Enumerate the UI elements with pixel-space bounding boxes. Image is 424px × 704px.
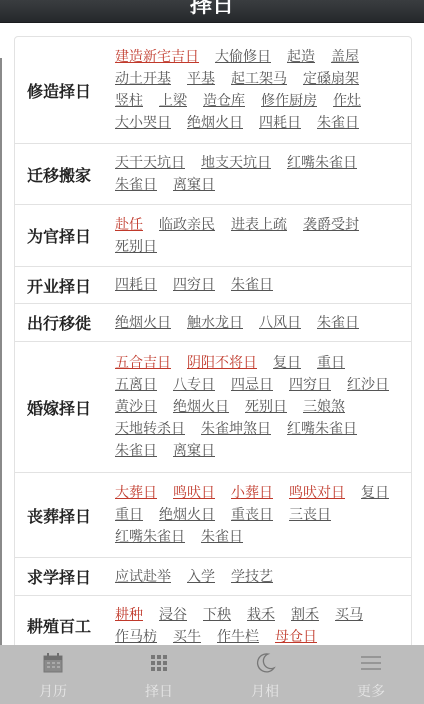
category-name: 丧葬择日 — [15, 504, 115, 527]
underlying-page-edge — [0, 58, 2, 646]
category-row: 求学择日应试赴举入学学技艺 — [15, 557, 411, 595]
nav-item-calendar[interactable]: 月历 — [0, 645, 106, 704]
day-type-link[interactable]: 黄沙日 — [115, 396, 157, 418]
day-type-link[interactable]: 栽禾 — [247, 604, 275, 626]
day-type-link[interactable]: 触水龙日 — [187, 312, 243, 334]
category-items: 大葬日鸣吠日小葬日鸣吠对日复日重日绝烟火日重丧日三丧日红嘴朱雀日朱雀日 — [115, 478, 405, 552]
category-row: 为官择日赴任临政亲民进表上疏袭爵受封死别日 — [15, 204, 411, 266]
day-type-link[interactable]: 红嘴朱雀日 — [287, 418, 357, 440]
day-type-link[interactable]: 大葬日 — [115, 482, 157, 504]
category-items: 赴任临政亲民进表上疏袭爵受封死别日 — [115, 210, 405, 262]
day-type-link[interactable]: 重丧日 — [231, 504, 273, 526]
day-type-link[interactable]: 小葬日 — [231, 482, 273, 504]
day-type-link[interactable]: 学技艺 — [231, 566, 273, 588]
day-type-link[interactable]: 下秧 — [203, 604, 231, 626]
nav-item-menu[interactable]: 更多 — [318, 645, 424, 704]
grid-icon — [148, 651, 170, 675]
day-type-link[interactable]: 地支天坑日 — [201, 152, 271, 174]
day-type-link[interactable]: 死别日 — [245, 396, 287, 418]
day-type-link[interactable]: 朱雀日 — [201, 526, 243, 548]
day-type-link[interactable]: 起工架马 — [231, 68, 287, 90]
day-type-link[interactable]: 八专日 — [173, 374, 215, 396]
day-type-link[interactable]: 大小哭日 — [115, 112, 171, 134]
day-type-link[interactable]: 起造 — [287, 46, 315, 68]
day-type-link[interactable]: 临政亲民 — [159, 214, 215, 236]
day-type-link[interactable]: 作灶 — [333, 90, 361, 112]
nav-label: 月相 — [251, 681, 279, 701]
day-type-link[interactable]: 朱雀日 — [115, 174, 157, 196]
day-type-link[interactable]: 朱雀日 — [317, 112, 359, 134]
day-type-link[interactable]: 四忌日 — [231, 374, 273, 396]
day-type-link[interactable]: 三丧日 — [289, 504, 331, 526]
menu-icon — [359, 651, 383, 675]
day-type-link[interactable]: 三娘煞 — [303, 396, 345, 418]
day-type-link[interactable]: 动土开基 — [115, 68, 171, 90]
day-type-link[interactable]: 朱雀日 — [317, 312, 359, 334]
day-type-link[interactable]: 八风日 — [259, 312, 301, 334]
nav-label: 更多 — [357, 681, 385, 701]
day-type-link[interactable]: 四穷日 — [289, 374, 331, 396]
day-type-link[interactable]: 复日 — [361, 482, 389, 504]
category-row: 迁移搬家天干天坑日地支天坑日红嘴朱雀日朱雀日离窠日 — [15, 143, 411, 204]
category-name: 出行移徙 — [15, 311, 115, 334]
category-items: 绝烟火日触水龙日八风日朱雀日 — [115, 308, 405, 338]
day-type-link[interactable]: 朱雀日 — [115, 440, 157, 462]
day-type-link[interactable]: 朱雀日 — [231, 274, 273, 296]
page-title: 择日 — [0, 0, 424, 19]
day-type-link[interactable]: 袭爵受封 — [303, 214, 359, 236]
day-type-link[interactable]: 四耗日 — [115, 274, 157, 296]
day-type-link[interactable]: 买马 — [335, 604, 363, 626]
category-name: 开业择日 — [15, 274, 115, 297]
day-type-link[interactable]: 建造新宅吉日 — [115, 46, 199, 68]
category-items: 应试赴举入学学技艺 — [115, 562, 405, 592]
day-type-link[interactable]: 竖柱 — [115, 90, 143, 112]
category-name: 迁移搬家 — [15, 163, 115, 186]
day-type-link[interactable]: 阴阳不将日 — [187, 352, 257, 374]
day-type-link[interactable]: 鸣吠日 — [173, 482, 215, 504]
category-items: 四耗日四穷日朱雀日 — [115, 270, 405, 300]
category-name: 为官择日 — [15, 224, 115, 247]
day-type-link[interactable]: 红嘴朱雀日 — [115, 526, 185, 548]
day-type-link[interactable]: 天干天坑日 — [115, 152, 185, 174]
category-name: 修造择日 — [15, 79, 115, 102]
day-type-link[interactable]: 重日 — [317, 352, 345, 374]
nav-item-grid[interactable]: 择日 — [106, 645, 212, 704]
day-type-link[interactable]: 赴任 — [115, 214, 143, 236]
moon-icon — [253, 651, 277, 675]
category-row: 修造择日建造新宅吉日大偷修日起造盖屋动土开基平基起工架马定磉扇架竖柱上梁造仓库修… — [15, 37, 411, 143]
day-type-link[interactable]: 红嘴朱雀日 — [287, 152, 357, 174]
day-type-link[interactable]: 绝烟火日 — [159, 504, 215, 526]
day-type-link[interactable]: 大偷修日 — [215, 46, 271, 68]
day-type-link[interactable]: 四耗日 — [259, 112, 301, 134]
day-type-link[interactable]: 上梁 — [159, 90, 187, 112]
day-type-link[interactable]: 浸谷 — [159, 604, 187, 626]
bottom-nav: 月历择日月相更多 — [0, 645, 424, 704]
nav-item-moon[interactable]: 月相 — [212, 645, 318, 704]
category-row: 开业择日四耗日四穷日朱雀日 — [15, 266, 411, 303]
category-items: 五合吉日阴阳不将日复日重日五离日八专日四忌日四穷日红沙日黄沙日绝烟火日死别日三娘… — [115, 348, 405, 466]
day-type-link[interactable]: 进表上疏 — [231, 214, 287, 236]
day-type-link[interactable]: 死别日 — [115, 236, 157, 258]
nav-label: 择日 — [145, 681, 173, 701]
day-type-link[interactable]: 绝烟火日 — [187, 112, 243, 134]
day-type-link[interactable]: 平基 — [187, 68, 215, 90]
day-type-link[interactable]: 红沙日 — [347, 374, 389, 396]
category-items: 天干天坑日地支天坑日红嘴朱雀日朱雀日离窠日 — [115, 148, 405, 200]
category-items: 建造新宅吉日大偷修日起造盖屋动土开基平基起工架马定磉扇架竖柱上梁造仓库修作厨房作… — [115, 42, 405, 138]
day-type-link[interactable]: 应试赴举 — [115, 566, 171, 588]
calendar-icon — [42, 651, 64, 675]
day-type-link[interactable]: 定磉扇架 — [303, 68, 359, 90]
day-type-link[interactable]: 五离日 — [115, 374, 157, 396]
nav-label: 月历 — [39, 681, 67, 701]
day-type-link[interactable]: 离窠日 — [173, 440, 215, 462]
category-name: 婚嫁择日 — [15, 396, 115, 419]
category-name: 耕殖百工 — [15, 614, 115, 637]
day-type-link[interactable]: 绝烟火日 — [173, 396, 229, 418]
day-type-link[interactable]: 耕种 — [115, 604, 143, 626]
day-type-link[interactable]: 盖屋 — [331, 46, 359, 68]
category-list: 修造择日建造新宅吉日大偷修日起造盖屋动土开基平基起工架马定磉扇架竖柱上梁造仓库修… — [14, 36, 412, 656]
category-name: 求学择日 — [15, 565, 115, 588]
top-header: 择日 — [0, 0, 424, 23]
day-type-link[interactable]: 离窠日 — [173, 174, 215, 196]
day-type-link[interactable]: 鸣吠对日 — [289, 482, 345, 504]
day-type-link[interactable]: 绝烟火日 — [115, 312, 171, 334]
day-type-link[interactable]: 复日 — [273, 352, 301, 374]
day-type-link[interactable]: 天地转杀日 — [115, 418, 185, 440]
category-row: 婚嫁择日五合吉日阴阳不将日复日重日五离日八专日四忌日四穷日红沙日黄沙日绝烟火日死… — [15, 341, 411, 472]
day-type-link[interactable]: 入学 — [187, 566, 215, 588]
category-items: 耕种浸谷下秧栽禾割禾买马作马枋买牛作牛栏母仓日 — [115, 600, 405, 652]
day-type-link[interactable]: 修作厨房 — [261, 90, 317, 112]
day-type-link[interactable]: 割禾 — [291, 604, 319, 626]
day-type-link[interactable]: 朱雀坤煞日 — [201, 418, 271, 440]
day-type-link[interactable]: 五合吉日 — [115, 352, 171, 374]
category-row: 出行移徙绝烟火日触水龙日八风日朱雀日 — [15, 303, 411, 341]
category-row: 丧葬择日大葬日鸣吠日小葬日鸣吠对日复日重日绝烟火日重丧日三丧日红嘴朱雀日朱雀日 — [15, 472, 411, 557]
day-type-link[interactable]: 重日 — [115, 504, 143, 526]
day-type-link[interactable]: 造仓库 — [203, 90, 245, 112]
day-type-link[interactable]: 四穷日 — [173, 274, 215, 296]
